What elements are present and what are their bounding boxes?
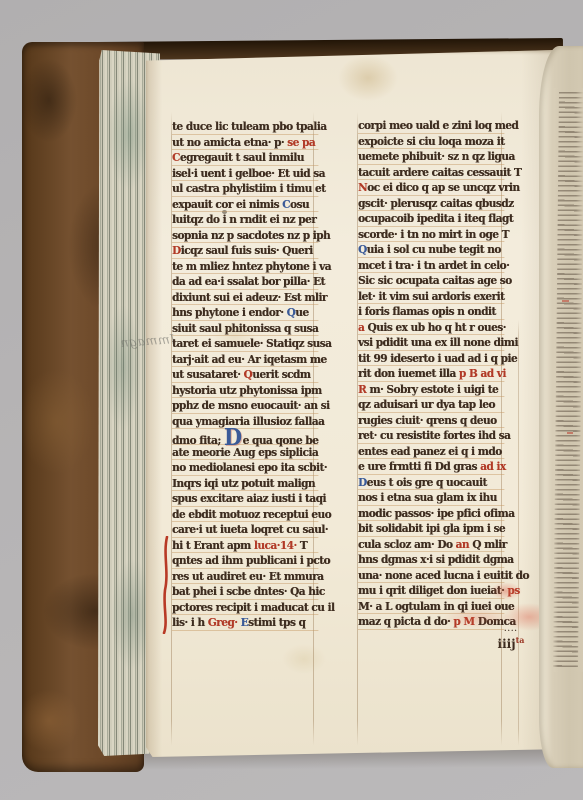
rubric-segment: Greg· bbox=[208, 615, 241, 629]
text-segment: scorde· i tn no mirt in oge T bbox=[358, 227, 509, 241]
rubric-segment: Q bbox=[244, 367, 253, 381]
manuscript-text-line: corpi meo uald e zini loq med bbox=[358, 118, 504, 134]
manuscript-text-line: qz aduisari ur dya tap leo bbox=[358, 397, 504, 413]
manuscript-text-line: R m· Sobry estote i uigi te bbox=[358, 382, 504, 398]
rubric-segment: p B ad vi bbox=[459, 366, 506, 380]
manuscript-text-line: isel·i uent i gelboe· Et uid sa bbox=[172, 166, 318, 182]
text-column-right: corpi meo uald e zini loq medexpoicte si… bbox=[358, 118, 504, 630]
manuscript-text-line: bit solidabit ipi gla ipm i se bbox=[358, 521, 504, 537]
manuscript-text-line: taret ei samuele· Statiqz susa bbox=[172, 336, 318, 352]
manuscript-text-line: dmo fita; De qua qone be bbox=[172, 429, 318, 445]
manuscript-text-line: una· none aced lucna i euitit do bbox=[358, 568, 504, 584]
manuscript-text-line: bat phei i scbe dntes· Qa hic bbox=[172, 584, 318, 600]
text-segment: T bbox=[300, 538, 307, 552]
manuscript-text-line: ate meorie Aug eps siplicia bbox=[172, 445, 318, 461]
initial-segment: D bbox=[224, 430, 242, 445]
text-segment: dixiunt sui ei adeuz· Est mlir bbox=[172, 290, 327, 304]
text-segment: oc ei dico q ap se uncqz vrin bbox=[367, 180, 519, 194]
manuscript-text-line: da ad ea·i ssalat bor pilla· Et bbox=[172, 274, 318, 290]
manuscript-text-line: e ure frmtti fi Dd gras ad ix bbox=[358, 459, 504, 475]
text-segment: pctores recipit i maducat cu il bbox=[172, 600, 334, 614]
manuscript-text-line: ut susataret· Querit scdm bbox=[172, 367, 318, 383]
text-segment: uerit scdm bbox=[252, 367, 310, 381]
manuscript-text-line: sopnia nz p sacdotes nz p iph bbox=[172, 228, 318, 244]
manuscript-text-line: mu i qrit diliget don iueiat· ps bbox=[358, 583, 504, 599]
text-segment: tit 99 ideserto i uad ad i q pie bbox=[358, 351, 517, 365]
text-segment: siuit saul phitonissa q susa bbox=[172, 321, 318, 335]
manuscript-text-line: hi t Erant apm luca·14· T bbox=[172, 538, 318, 554]
text-segment: maz q picta d do· bbox=[358, 614, 453, 628]
text-segment: i foris flamas opis n ondit bbox=[358, 304, 496, 318]
rubric-segment: N bbox=[358, 180, 367, 194]
manuscript-text-line: cula scloz am· Do an Q mlir bbox=[358, 537, 504, 553]
manuscript-text-line: a Quis ex ub ho q ht r oues· bbox=[358, 320, 504, 336]
text-segment: uia i sol cu nube tegit no bbox=[367, 242, 501, 256]
text-segment: qua ymagiaria illusioz fallaa bbox=[172, 414, 324, 428]
text-segment: icqz saul fuis suis· Queri bbox=[181, 243, 313, 257]
text-column-left: te duce lic tuleam pbo tpaliaut no amict… bbox=[172, 119, 318, 631]
manuscript-text-line: scorde· i tn no mirt in oge T bbox=[358, 227, 504, 243]
manuscript-text-line: rit don iuemet illa p B ad vi bbox=[358, 366, 504, 382]
text-segment: osu bbox=[290, 197, 309, 211]
manuscript-text-line: lis· i h Greg· Estimi tps q bbox=[172, 615, 318, 631]
manuscript-text-line: ut no amicta etna· p· se pa bbox=[172, 135, 318, 151]
text-segment: eus t ois gre q uocauit bbox=[367, 475, 487, 489]
text-segment: bit solidabit ipi gla ipm i se bbox=[358, 521, 505, 535]
manuscript-text-line: nos i etna sua glam ix ihu bbox=[358, 490, 504, 506]
manuscript-text-line: qua ymagiaria illusioz fallaa bbox=[172, 414, 318, 430]
manuscript-text-line: gscit· plerusqz caitas qbusdz bbox=[358, 196, 504, 212]
text-segment: stimi tps q bbox=[248, 615, 305, 629]
text-segment: sopnia nz p sacdotes nz p iph bbox=[172, 228, 330, 242]
text-segment: hi t Erant apm bbox=[172, 538, 254, 552]
manuscript-text-line: mcet i tra· i tn ardet in celo· bbox=[358, 258, 504, 274]
manuscript-text-line: tit 99 ideserto i uad ad i q pie bbox=[358, 351, 504, 367]
next-page-fade bbox=[552, 88, 583, 672]
text-segment: hystoria utz phytonissa ipm bbox=[172, 383, 322, 397]
manuscript-text-line: entes ead panez ei q i mdo bbox=[358, 444, 504, 460]
manuscript-text-line: pctores recipit i maducat cu il bbox=[172, 600, 318, 616]
manuscript-text-line: Quia i sol cu nube tegit no bbox=[358, 242, 504, 258]
manuscript-text-line: expauit cor ei nimis Cosu bbox=[172, 197, 318, 213]
text-segment: lis· i h bbox=[172, 615, 208, 629]
text-segment: mcet i tra· i tn ardet in celo· bbox=[358, 258, 509, 272]
rubric-segment: R bbox=[358, 382, 369, 396]
text-segment: entes ead panez ei q i mdo bbox=[358, 444, 502, 458]
manuscript-text-line: de ebdit motuoz receptui euo bbox=[172, 507, 318, 523]
next-page-rubric-fleck bbox=[562, 300, 569, 302]
manuscript-text-line: hns dgmas x·i si pdidit dgma bbox=[358, 552, 504, 568]
manuscript-text-line: pphz de msno euocauit· an si bbox=[172, 398, 318, 414]
manuscript-text-line: Cegregauit t saul inmilu bbox=[172, 150, 318, 166]
text-segment: una· none aced lucna i euitit do bbox=[358, 568, 529, 582]
manuscript-text-line: Deus t ois gre q uocauit bbox=[358, 475, 504, 491]
manuscript-text-line: qntes ad ihm publicani i pcto bbox=[172, 553, 318, 569]
manuscript-text-line: tarj·ait ad eu· Ar iqetasm me bbox=[172, 352, 318, 368]
text-segment: e ure frmtti fi Dd gras bbox=[358, 459, 480, 473]
manuscript-photo: Immagn te duce lic tuleam pbo tpaliaut n… bbox=[0, 0, 583, 800]
next-page-rubric-fleck bbox=[567, 432, 573, 434]
manuscript-text-line: hystoria utz phytonissa ipm bbox=[172, 383, 318, 399]
text-segment: da ad ea·i ssalat bor pilla· Et bbox=[172, 274, 325, 288]
manuscript-text-line: care·i ut iueta loqret cu saul· bbox=[172, 522, 318, 538]
rubric-segment: ad ix bbox=[480, 459, 506, 473]
text-segment: hns phytone i endor· bbox=[172, 305, 287, 319]
text-segment: rugies ciuit· qrens q deuo bbox=[358, 413, 497, 427]
text-segment: ul castra phylistiim i timu et bbox=[172, 181, 325, 195]
text-segment: bat phei i scbe dntes· Qa hic bbox=[172, 584, 325, 598]
text-segment: res ut audiret eu· Et mmura bbox=[172, 569, 324, 583]
manuscript-text-line: spus excitare aiaz iusti i taqi bbox=[172, 491, 318, 507]
manuscript-text-line: modic passos· ipe pfici ofima bbox=[358, 506, 504, 522]
text-segment: gscit· plerusqz caitas qbusdz bbox=[358, 196, 514, 210]
text-segment: Sic sic ocupata caitas age so bbox=[358, 273, 512, 287]
text-segment: te duce lic tuleam pbo tpalia bbox=[172, 119, 327, 133]
text-segment: Inqrs iqi utz potuit malign bbox=[172, 476, 315, 490]
manuscript-text-line: te m mliez hntez phytone i va bbox=[172, 259, 318, 275]
manuscript-text-line: ocupacoib ipedita i iteq flagt bbox=[358, 211, 504, 227]
manuscript-text-line: ret· cu resistite fortes ihd sa bbox=[358, 428, 504, 444]
text-segment: tacuit ardere caitas cessauit T bbox=[358, 165, 521, 179]
text-segment: no mediolanesi epo ita scbit· bbox=[172, 460, 327, 474]
text-segment: spus excitare aiaz iusti i taqi bbox=[172, 491, 326, 505]
manuscript-text-line: luitqz do i n rndit ei nz per bbox=[172, 212, 318, 228]
manuscript-text-line: rugies ciuit· qrens q deuo bbox=[358, 413, 504, 429]
text-segment: mu i qrit diliget don iueiat· bbox=[358, 583, 507, 597]
text-segment: ocupacoib ipedita i iteq flagt bbox=[358, 211, 513, 225]
rubric-segment: a bbox=[358, 320, 367, 334]
text-segment: m· Sobry estote i uigi te bbox=[369, 382, 498, 396]
ruling-vertical-line bbox=[518, 320, 519, 746]
text-segment: luitqz do i n rndit ei nz per bbox=[172, 212, 316, 226]
text-segment: ate meorie Aug eps siplicia bbox=[172, 445, 318, 459]
red-smudge bbox=[490, 582, 522, 600]
text-segment: hns dgmas x·i si pdidit dgma bbox=[358, 552, 513, 566]
manuscript-text-line: let· it vim sui ardoris exerit bbox=[358, 289, 504, 305]
initial-segment: Q bbox=[287, 305, 296, 319]
parchment-stain bbox=[282, 644, 326, 674]
text-segment: isel·i uent i gelboe· Et uid sa bbox=[172, 166, 325, 180]
text-segment: nos i etna sua glam ix ihu bbox=[358, 490, 497, 504]
text-segment: qntes ad ihm publicani i pcto bbox=[172, 553, 330, 567]
manuscript-text-line: Noc ei dico q ap se uncqz vrin bbox=[358, 180, 504, 196]
manuscript-text-line: expoicte si ciu loqa moza it bbox=[358, 134, 504, 150]
manuscript-text-line: i foris flamas opis n ondit bbox=[358, 304, 504, 320]
text-segment: qz aduisari ur dya tap leo bbox=[358, 397, 495, 411]
parchment-stain bbox=[338, 55, 398, 101]
rubric-segment: luca·14· bbox=[254, 538, 300, 552]
text-segment: ut susataret· bbox=[172, 367, 244, 381]
text-segment: Quis ex ub ho q ht r oues· bbox=[367, 320, 505, 334]
text-segment: taret ei samuele· Statiqz susa bbox=[172, 336, 331, 350]
text-segment: corpi meo uald e zini loq med bbox=[358, 118, 518, 132]
manuscript-text-line: ul castra phylistiim i timu et bbox=[172, 181, 318, 197]
manuscript-text-line: Sic sic ocupata caitas age so bbox=[358, 273, 504, 289]
text-segment: Q mlir bbox=[472, 537, 506, 551]
manuscript-text-line: hns phytone i endor· Que bbox=[172, 305, 318, 321]
text-segment: ret· cu resistite fortes ihd sa bbox=[358, 428, 510, 442]
text-segment: tarj·ait ad eu· Ar iqetasm me bbox=[172, 352, 327, 366]
text-segment: ue bbox=[295, 305, 308, 319]
manuscript-text-line: dixiunt sui ei adeuz· Est mlir bbox=[172, 290, 318, 306]
text-segment: te m mliez hntez phytone i va bbox=[172, 259, 331, 273]
red-smudge bbox=[442, 608, 512, 628]
manuscript-text-line: te duce lic tuleam pbo tpalia bbox=[172, 119, 318, 135]
manuscript-text-line: tacuit ardere caitas cessauit T bbox=[358, 165, 504, 181]
text-segment: care·i ut iueta loqret cu saul· bbox=[172, 522, 328, 536]
manuscript-text-line: uemete phibuit· sz n qz ligua bbox=[358, 149, 504, 165]
manuscript-text-line: siuit saul phitonissa q susa bbox=[172, 321, 318, 337]
text-segment: let· it vim sui ardoris exerit bbox=[358, 289, 504, 303]
text-segment: ut no amicta etna· p· bbox=[172, 135, 287, 149]
text-segment: cula scloz am· Do bbox=[358, 537, 456, 551]
manuscript-text-line: Dicqz saul fuis suis· Queri bbox=[172, 243, 318, 259]
text-segment: expauit cor ei nimis bbox=[172, 197, 282, 211]
text-segment: modic passos· ipe pfici ofima bbox=[358, 506, 514, 520]
text-segment: egregauit t saul inmilu bbox=[180, 150, 304, 164]
rubric-segment: se pa bbox=[287, 135, 315, 149]
text-segment: pphz de msno euocauit· an si bbox=[172, 398, 330, 412]
text-segment: de ebdit motuoz receptui euo bbox=[172, 507, 331, 521]
manuscript-text-line: Inqrs iqi utz potuit malign bbox=[172, 476, 318, 492]
manuscript-text-line: no mediolanesi epo ita scbit· bbox=[172, 460, 318, 476]
rubric-segment: C bbox=[172, 150, 180, 164]
rubric-segment: an bbox=[456, 537, 473, 551]
manuscript-text-line: res ut audiret eu· Et mmura bbox=[172, 569, 318, 585]
text-segment: uemete phibuit· sz n qz ligua bbox=[358, 149, 515, 163]
initial-segment: C bbox=[282, 197, 290, 211]
paraph-mark bbox=[161, 536, 171, 638]
text-segment: expoicte si ciu loqa moza it bbox=[358, 134, 505, 148]
text-segment: vsi pdidit una ex ill none dimi bbox=[358, 335, 518, 349]
text-segment: rit don iuemet illa bbox=[358, 366, 459, 380]
quire-numeral: iiijta bbox=[486, 634, 536, 651]
manuscript-text-line: vsi pdidit una ex ill none dimi bbox=[358, 335, 504, 351]
quire-signature: ···· iiijta bbox=[486, 628, 536, 651]
